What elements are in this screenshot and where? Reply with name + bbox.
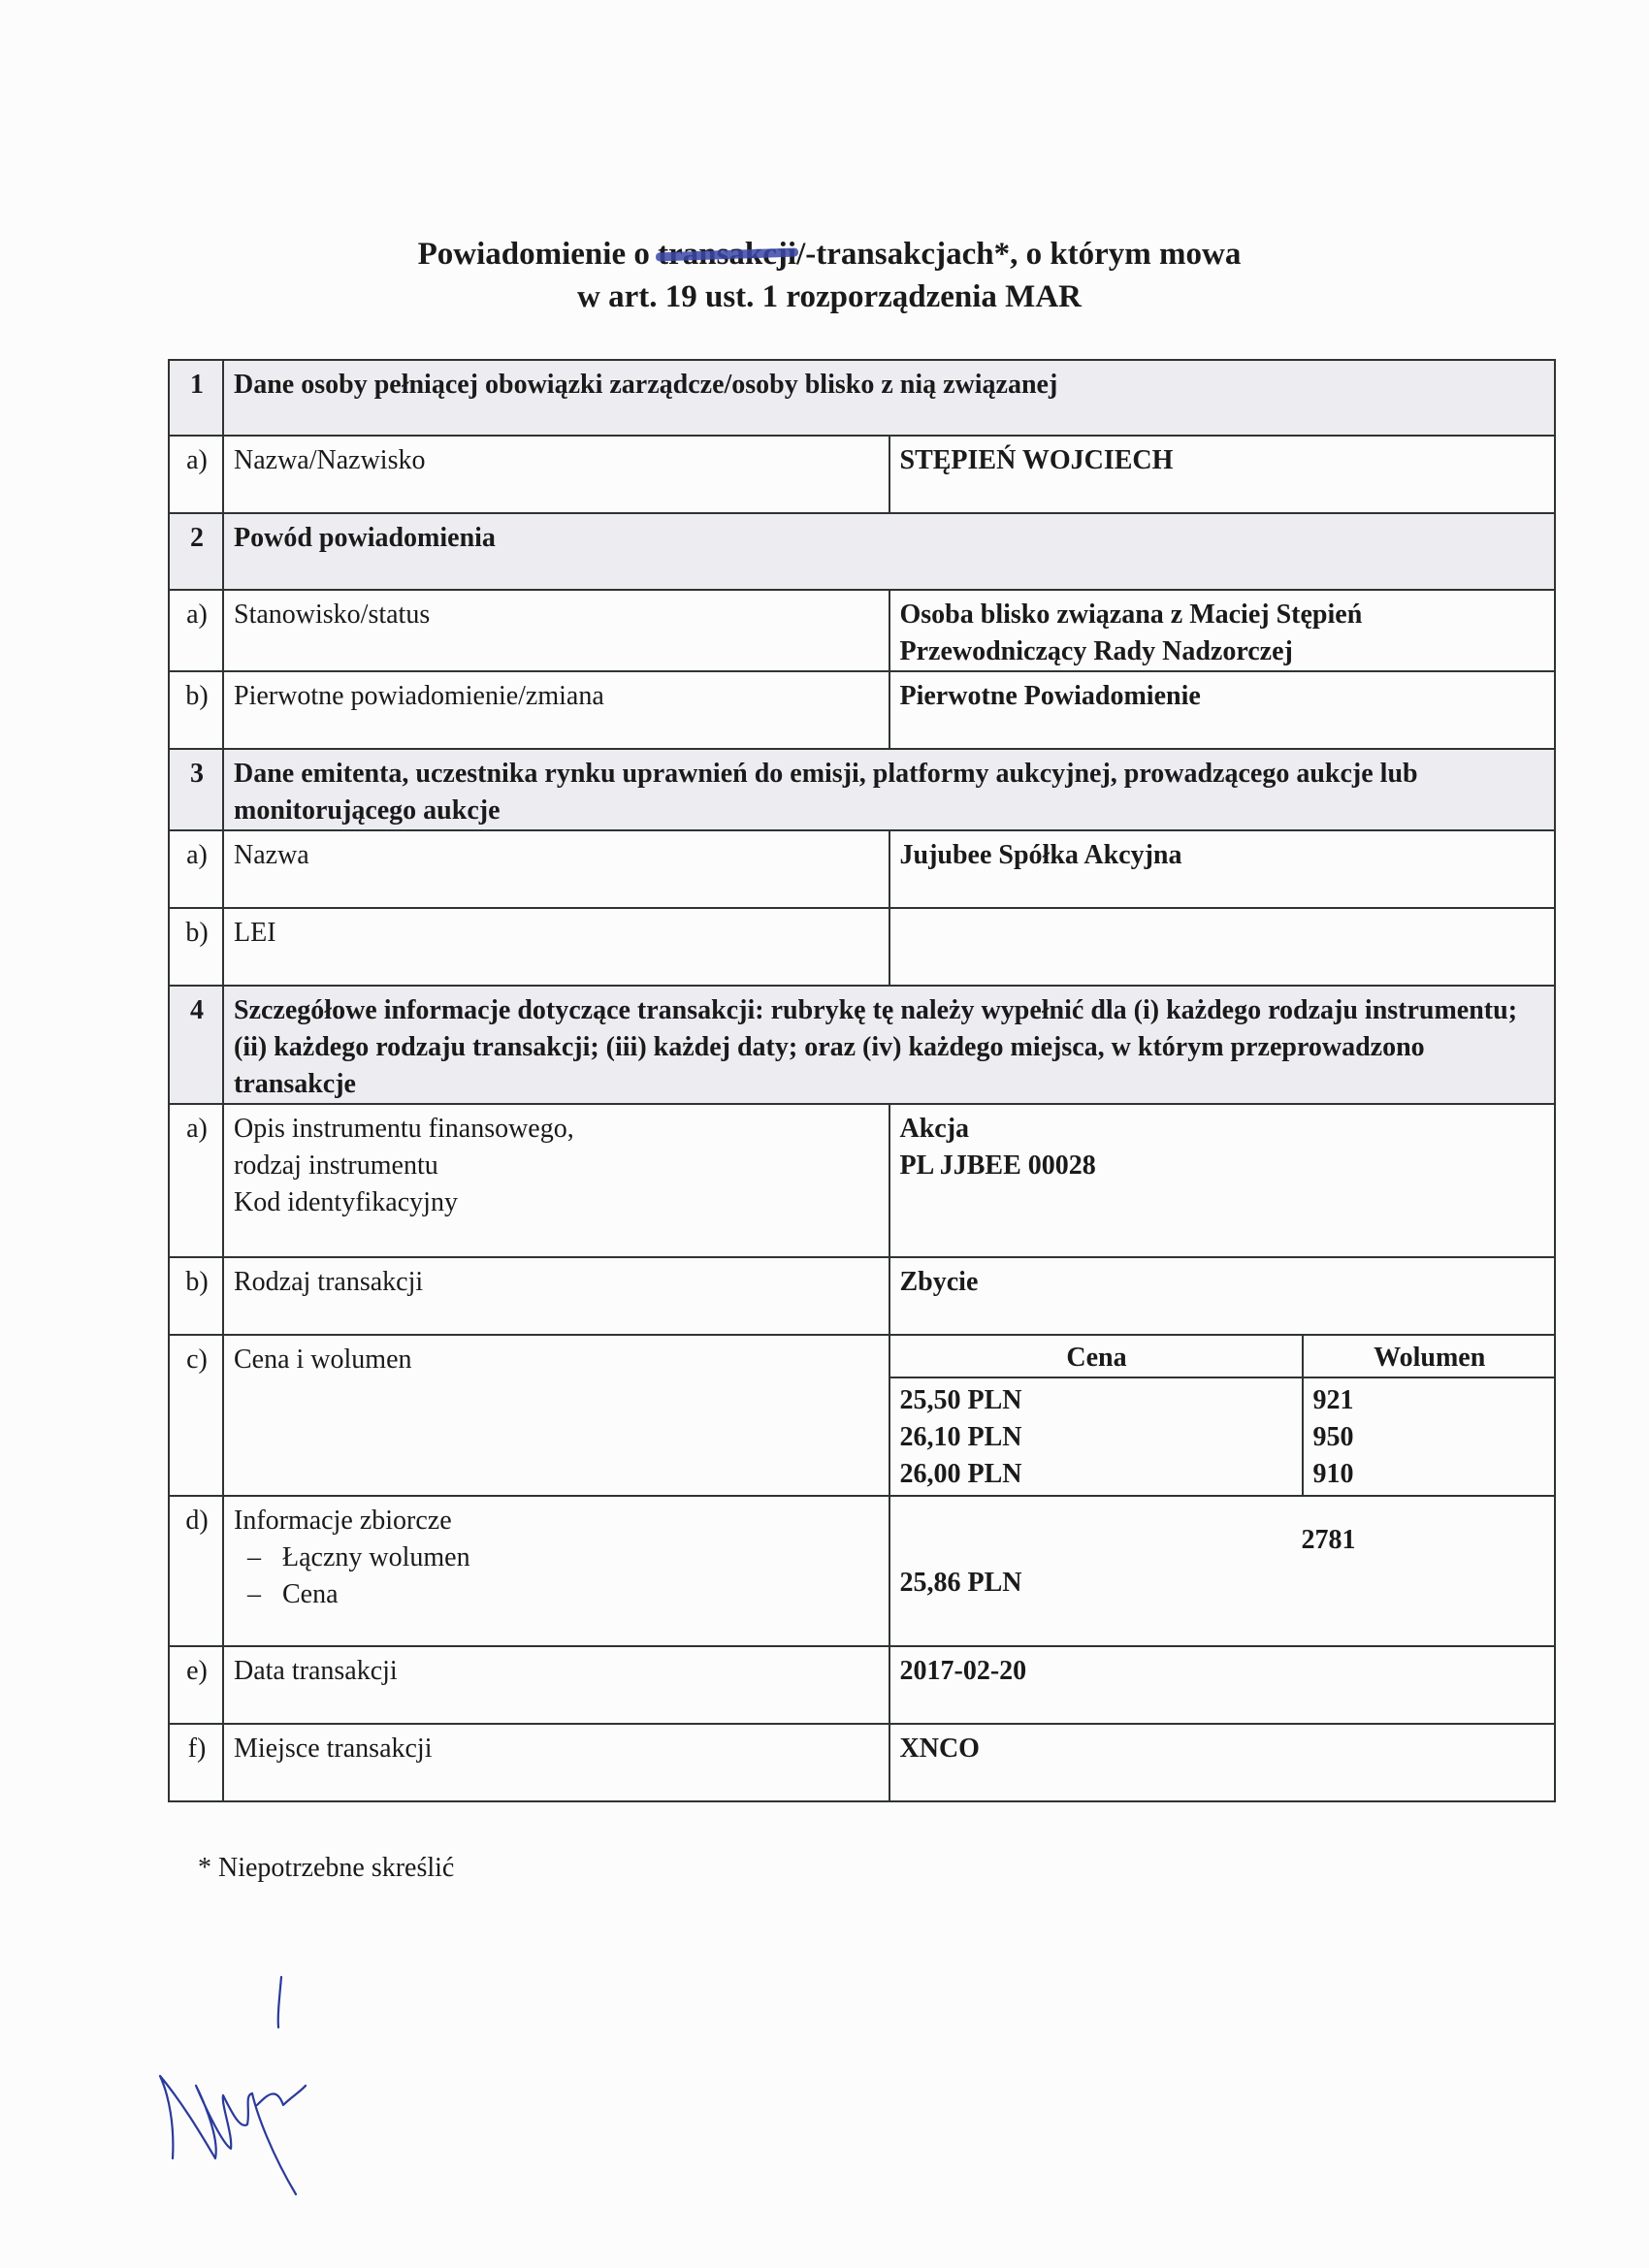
aggregate-item-price: Cena: [282, 1576, 881, 1613]
row-4f: f) Miejsce transakcji XNCO: [169, 1724, 1555, 1801]
title-text: Powiadomienie o: [418, 237, 658, 272]
price-volume-row: 26,00 PLN 910: [890, 1456, 1555, 1495]
footnote: * Niepotrzebne skreślić: [198, 1853, 454, 1884]
price-volume-row: 26,10 PLN 950: [890, 1419, 1555, 1456]
document-page: Powiadomienie o transakcji/-transakcjach…: [0, 0, 1649, 2268]
row-4b: b) Rodzaj transakcji Zbycie: [169, 1257, 1555, 1335]
issuer-name-value: Jujubee Spółka Akcyjna: [889, 830, 1556, 908]
section-title: Dane emitenta, uczestnika rynku uprawnie…: [223, 749, 1555, 830]
section-number: 4: [169, 986, 223, 1104]
notification-form-table: 1 Dane osoby pełniącej obowiązki zarządc…: [168, 359, 1556, 1802]
col-volume-header: Wolumen: [1303, 1336, 1555, 1377]
volume-cell: 950: [1303, 1419, 1555, 1456]
price-volume-cell: Cena Wolumen 25,50 PLN 921 26,10 PLN 950…: [889, 1335, 1556, 1496]
row-key: a): [169, 830, 223, 908]
section-2-header: 2 Powód powiadomienia: [169, 513, 1555, 590]
section-title: Powód powiadomienia: [223, 513, 1555, 590]
row-key: a): [169, 436, 223, 513]
section-title: Dane osoby pełniącej obowiązki zarządcze…: [223, 360, 1555, 436]
row-key: e): [169, 1646, 223, 1724]
position-status-value: Osoba blisko związana z Maciej Stępień P…: [889, 590, 1556, 671]
total-volume-value: 2781: [1302, 1522, 1356, 1559]
instrument-type: Akcja: [900, 1111, 1547, 1148]
section-4-header: 4 Szczegółowe informacje dotyczące trans…: [169, 986, 1555, 1104]
section-title: Szczegółowe informacje dotyczące transak…: [223, 986, 1555, 1104]
person-name-value: STĘPIEŃ WOJCIECH: [889, 436, 1556, 513]
label-line: Opis instrumentu finansowego,: [234, 1111, 881, 1148]
row-label: Opis instrumentu finansowego, rodzaj ins…: [223, 1104, 889, 1257]
title-text-continued: /-transakcjach*, o którym mowa: [796, 237, 1241, 272]
aggregate-items: Łączny wolumen Cena: [234, 1539, 881, 1613]
row-label: Nazwa/Nazwisko: [223, 436, 889, 513]
price-volume-row: 25,50 PLN 921: [890, 1377, 1555, 1419]
price-cell: 25,50 PLN: [890, 1377, 1303, 1419]
section-number: 1: [169, 360, 223, 436]
section-3-header: 3 Dane emitenta, uczestnika rynku uprawn…: [169, 749, 1555, 830]
volume-cell: 921: [1303, 1377, 1555, 1419]
transaction-date-value: 2017-02-20: [889, 1646, 1556, 1724]
price-cell: 26,00 PLN: [890, 1456, 1303, 1495]
row-key: c): [169, 1335, 223, 1496]
row-key: a): [169, 590, 223, 671]
section-1-header: 1 Dane osoby pełniącej obowiązki zarządc…: [169, 360, 1555, 436]
row-1a: a) Nazwa/Nazwisko STĘPIEŃ WOJCIECH: [169, 436, 1555, 513]
col-price-header: Cena: [890, 1336, 1303, 1377]
title-line-1: Powiadomienie o transakcji/-transakcjach…: [330, 233, 1329, 275]
row-label: Informacje zbiorcze Łączny wolumen Cena: [223, 1496, 889, 1646]
row-label: Nazwa: [223, 830, 889, 908]
row-key: a): [169, 1104, 223, 1257]
transaction-type-value: Zbycie: [889, 1257, 1556, 1335]
price-volume-header: Cena Wolumen: [890, 1336, 1555, 1377]
label-line: rodzaj instrumentu: [234, 1148, 881, 1184]
aggregate-label: Informacje zbiorcze: [234, 1503, 881, 1539]
aggregate-values-cell: 2781 25,86 PLN: [889, 1496, 1556, 1646]
row-label: Miejsce transakcji: [223, 1724, 889, 1801]
instrument-code: PL JJBEE 00028: [900, 1148, 1547, 1184]
struck-out-word: transakcji: [658, 237, 796, 272]
lei-value: [889, 908, 1556, 986]
row-4c: c) Cena i wolumen Cena Wolumen 25,50 PLN…: [169, 1335, 1555, 1496]
row-key: b): [169, 908, 223, 986]
value-line: Przewodniczący Rady Nadzorczej: [900, 633, 1547, 670]
title-line-2: w art. 19 ust. 1 rozporządzenia MAR: [330, 275, 1329, 318]
section-number: 2: [169, 513, 223, 590]
row-2a: a) Stanowisko/status Osoba blisko związa…: [169, 590, 1555, 671]
instrument-value: Akcja PL JJBEE 00028: [889, 1104, 1556, 1257]
average-price-value: 25,86 PLN: [900, 1565, 1022, 1602]
price-cell: 26,10 PLN: [890, 1419, 1303, 1456]
row-2b: b) Pierwotne powiadomienie/zmiana Pierwo…: [169, 671, 1555, 749]
row-label: LEI: [223, 908, 889, 986]
value-line: Osoba blisko związana z Maciej Stępień: [900, 597, 1547, 633]
row-label: Pierwotne powiadomienie/zmiana: [223, 671, 889, 749]
notification-type-value: Pierwotne Powiadomienie: [889, 671, 1556, 749]
transaction-venue-value: XNCO: [889, 1724, 1556, 1801]
row-label: Stanowisko/status: [223, 590, 889, 671]
aggregate-item-volume: Łączny wolumen: [282, 1539, 881, 1576]
row-label: Rodzaj transakcji: [223, 1257, 889, 1335]
row-key: b): [169, 1257, 223, 1335]
volume-cell: 910: [1303, 1456, 1555, 1495]
row-key: b): [169, 671, 223, 749]
document-title: Powiadomienie o transakcji/-transakcjach…: [330, 233, 1329, 318]
row-3a: a) Nazwa Jujubee Spółka Akcyjna: [169, 830, 1555, 908]
row-label: Data transakcji: [223, 1646, 889, 1724]
row-4d: d) Informacje zbiorcze Łączny wolumen Ce…: [169, 1496, 1555, 1646]
aggregate-values: 2781 25,86 PLN: [890, 1497, 1555, 1642]
row-4a: a) Opis instrumentu finansowego, rodzaj …: [169, 1104, 1555, 1257]
label-line: Kod identyfikacyjny: [234, 1184, 881, 1221]
price-volume-table: Cena Wolumen 25,50 PLN 921 26,10 PLN 950…: [890, 1336, 1555, 1495]
row-key: f): [169, 1724, 223, 1801]
row-3b: b) LEI: [169, 908, 1555, 986]
handwritten-signature-icon: [155, 1969, 349, 2212]
row-key: d): [169, 1496, 223, 1646]
row-label: Cena i wolumen: [223, 1335, 889, 1496]
row-4e: e) Data transakcji 2017-02-20: [169, 1646, 1555, 1724]
section-number: 3: [169, 749, 223, 830]
